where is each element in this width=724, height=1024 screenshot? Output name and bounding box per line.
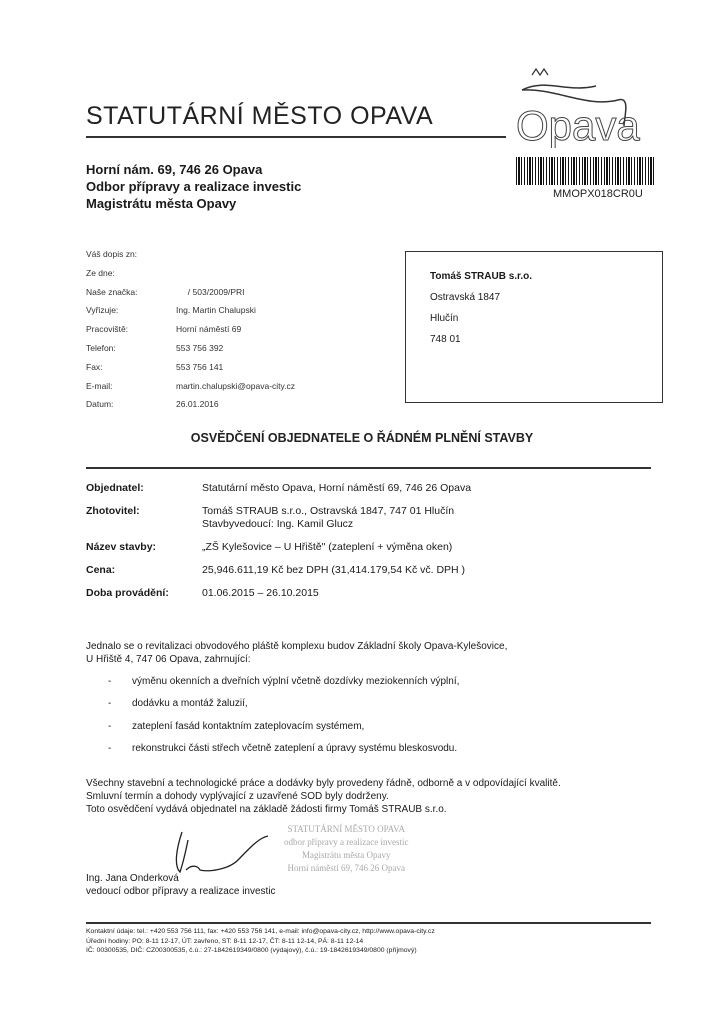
meta-row: Pracoviště: Horní náměstí 69 — [86, 324, 295, 343]
org-line: Odbor přípravy a realizace investic — [86, 178, 301, 195]
signer-role: vedoucí odbor přípravy a realizace inves… — [86, 885, 276, 898]
org-line: Magistrátu města Opavy — [86, 195, 301, 212]
stamp-line: odbor přípravy a realizace investic — [284, 836, 408, 849]
fact-value: „ZŠ Kylešovice – U Hřiště" (zateplení + … — [202, 541, 452, 554]
page-title: STATUTÁRNÍ MĚSTO OPAVA — [86, 102, 433, 131]
document-heading: OSVĚDČENÍ OBJEDNATELE O ŘÁDNÉM PLNĚNÍ ST… — [0, 431, 724, 445]
dash-icon: - — [108, 698, 132, 720]
meta-row: Fax: 553 756 141 — [86, 362, 295, 381]
signer-name: Ing. Jana Onderková — [86, 872, 276, 885]
fact-value: 01.06.2015 – 26.10.2015 — [202, 587, 319, 600]
meta-row: Ze dne: — [86, 268, 295, 287]
recipient-zip: 748 01 — [430, 329, 662, 350]
fact-row: Název stavby: „ZŠ Kylešovice – U Hřiště"… — [86, 541, 471, 554]
meta-label: Telefon: — [86, 343, 176, 362]
dash-icon: - — [108, 676, 132, 698]
fact-value: 25,946.611,19 Kč bez DPH (31,414.179,54 … — [202, 564, 465, 577]
fact-label: Doba provádění: — [86, 587, 202, 600]
stamp-line: Magistrátu města Opavy — [284, 849, 408, 862]
intro-line: Jednalo se o revitalizaci obvodového plá… — [86, 640, 507, 653]
fact-label: Zhotovitel: — [86, 505, 202, 531]
list-item: - rekonstrukci části střech včetně zatep… — [108, 743, 459, 765]
opava-logo-icon: Opava — [506, 48, 666, 148]
meta-row: Datum: 26.01.2016 — [86, 399, 295, 418]
footer-line: IČ: 00300535, DIČ: CZ00300535, č.ú.: 27-… — [86, 946, 435, 956]
fact-value: Statutární město Opava, Horní náměstí 69… — [202, 482, 471, 495]
meta-label: Váš dopis zn: — [86, 249, 176, 268]
fact-label: Název stavby: — [86, 541, 202, 554]
list-item-text: rekonstrukci části střech včetně zateple… — [132, 743, 457, 765]
fact-row: Doba provádění: 01.06.2015 – 26.10.2015 — [86, 587, 471, 600]
meta-row: Telefon: 553 756 392 — [86, 343, 295, 362]
footer-contact: Kontaktní údaje: tel.: +420 553 756 111,… — [86, 927, 435, 956]
reference-block: Váš dopis zn: Ze dne: Naše značka: / 503… — [86, 249, 295, 418]
intro-line: U Hřiště 4, 747 06 Opava, zahrnující: — [86, 653, 507, 666]
org-line: Horní nám. 69, 746 26 Opava — [86, 161, 301, 178]
signer-block: Ing. Jana Onderková vedoucí odbor přípra… — [86, 872, 276, 898]
fact-row: Objednatel: Statutární město Opava, Horn… — [86, 482, 471, 495]
stamp-line: STATUTÁRNÍ MĚSTO OPAVA — [284, 823, 408, 836]
title-divider — [86, 136, 506, 138]
stamp-line: Horní náměstí 69, 746 26 Opava — [284, 862, 408, 875]
intro-paragraph: Jednalo se o revitalizaci obvodového plá… — [86, 640, 507, 666]
closing-line: Smluvní termín a dohody vyplývající z uz… — [86, 790, 561, 803]
meta-label: Vyřizuje: — [86, 305, 176, 324]
meta-value: 26.01.2016 — [176, 399, 219, 418]
office-stamp: STATUTÁRNÍ MĚSTO OPAVA odbor přípravy a … — [284, 823, 408, 875]
meta-value: 553 756 141 — [176, 362, 223, 381]
meta-row: E-mail: martin.chalupski@opava-city.cz — [86, 381, 295, 400]
meta-value: Horní náměstí 69 — [176, 324, 241, 343]
list-item: - zateplení fasád kontaktním zateplovací… — [108, 721, 459, 743]
closing-line: Všechny stavební a technologické práce a… — [86, 777, 561, 790]
scope-list: - výměnu okenních a dveřních výplní včet… — [108, 676, 459, 765]
fact-row: Cena: 25,946.611,19 Kč bez DPH (31,414.1… — [86, 564, 471, 577]
meta-value: martin.chalupski@opava-city.cz — [176, 381, 295, 400]
footer-line: Úřední hodiny: PO: 8-11 12-17, ÚT: zavře… — [86, 937, 435, 947]
dash-icon: - — [108, 721, 132, 743]
meta-label: E-mail: — [86, 381, 176, 400]
meta-row: Naše značka: / 503/2009/PRI — [86, 287, 295, 306]
recipient-address-box: Tomáš STRAUB s.r.o. Ostravská 1847 Hlučí… — [405, 251, 663, 403]
closing-line: Toto osvědčení vydává objednatel na zákl… — [86, 803, 561, 816]
meta-row: Vyřizuje: Ing. Martin Chalupski — [86, 305, 295, 324]
meta-label: Ze dne: — [86, 268, 176, 287]
list-item-text: zateplení fasád kontaktním zateplovacím … — [132, 721, 364, 743]
heading-divider — [86, 467, 651, 469]
dash-icon: - — [108, 743, 132, 765]
list-item: - výměnu okenních a dveřních výplní včet… — [108, 676, 459, 698]
fact-label: Cena: — [86, 564, 202, 577]
signature-icon — [168, 830, 278, 875]
fact-label: Objednatel: — [86, 482, 202, 495]
recipient-name: Tomáš STRAUB s.r.o. — [430, 266, 662, 287]
fact-value: Tomáš STRAUB s.r.o., Ostravská 1847, 747… — [202, 505, 454, 531]
meta-value: Ing. Martin Chalupski — [176, 305, 256, 324]
list-item: - dodávku a montáž žaluzií, — [108, 698, 459, 720]
list-item-text: výměnu okenních a dveřních výplní včetně… — [132, 676, 459, 698]
svg-text:Opava: Opava — [516, 102, 640, 148]
footer-line: Kontaktní údaje: tel.: +420 553 756 111,… — [86, 927, 435, 937]
facts-table: Objednatel: Statutární město Opava, Horn… — [86, 482, 471, 610]
meta-value: 553 756 392 — [176, 343, 223, 362]
meta-label: Naše značka: — [86, 287, 176, 306]
barcode-text: MMOPX018CR0U — [553, 188, 643, 200]
meta-label: Pracoviště: — [86, 324, 176, 343]
recipient-street: Ostravská 1847 — [430, 287, 662, 308]
meta-row: Váš dopis zn: — [86, 249, 295, 268]
meta-label: Datum: — [86, 399, 176, 418]
meta-value: / 503/2009/PRI — [176, 287, 245, 306]
fact-row: Zhotovitel: Tomáš STRAUB s.r.o., Ostravs… — [86, 505, 471, 531]
closing-paragraph: Všechny stavební a technologické práce a… — [86, 777, 561, 816]
barcode — [516, 157, 656, 185]
org-address: Horní nám. 69, 746 26 Opava Odbor přípra… — [86, 161, 301, 212]
footer-divider — [86, 922, 651, 924]
recipient-city: Hlučín — [430, 308, 662, 329]
list-item-text: dodávku a montáž žaluzií, — [132, 698, 248, 720]
meta-label: Fax: — [86, 362, 176, 381]
